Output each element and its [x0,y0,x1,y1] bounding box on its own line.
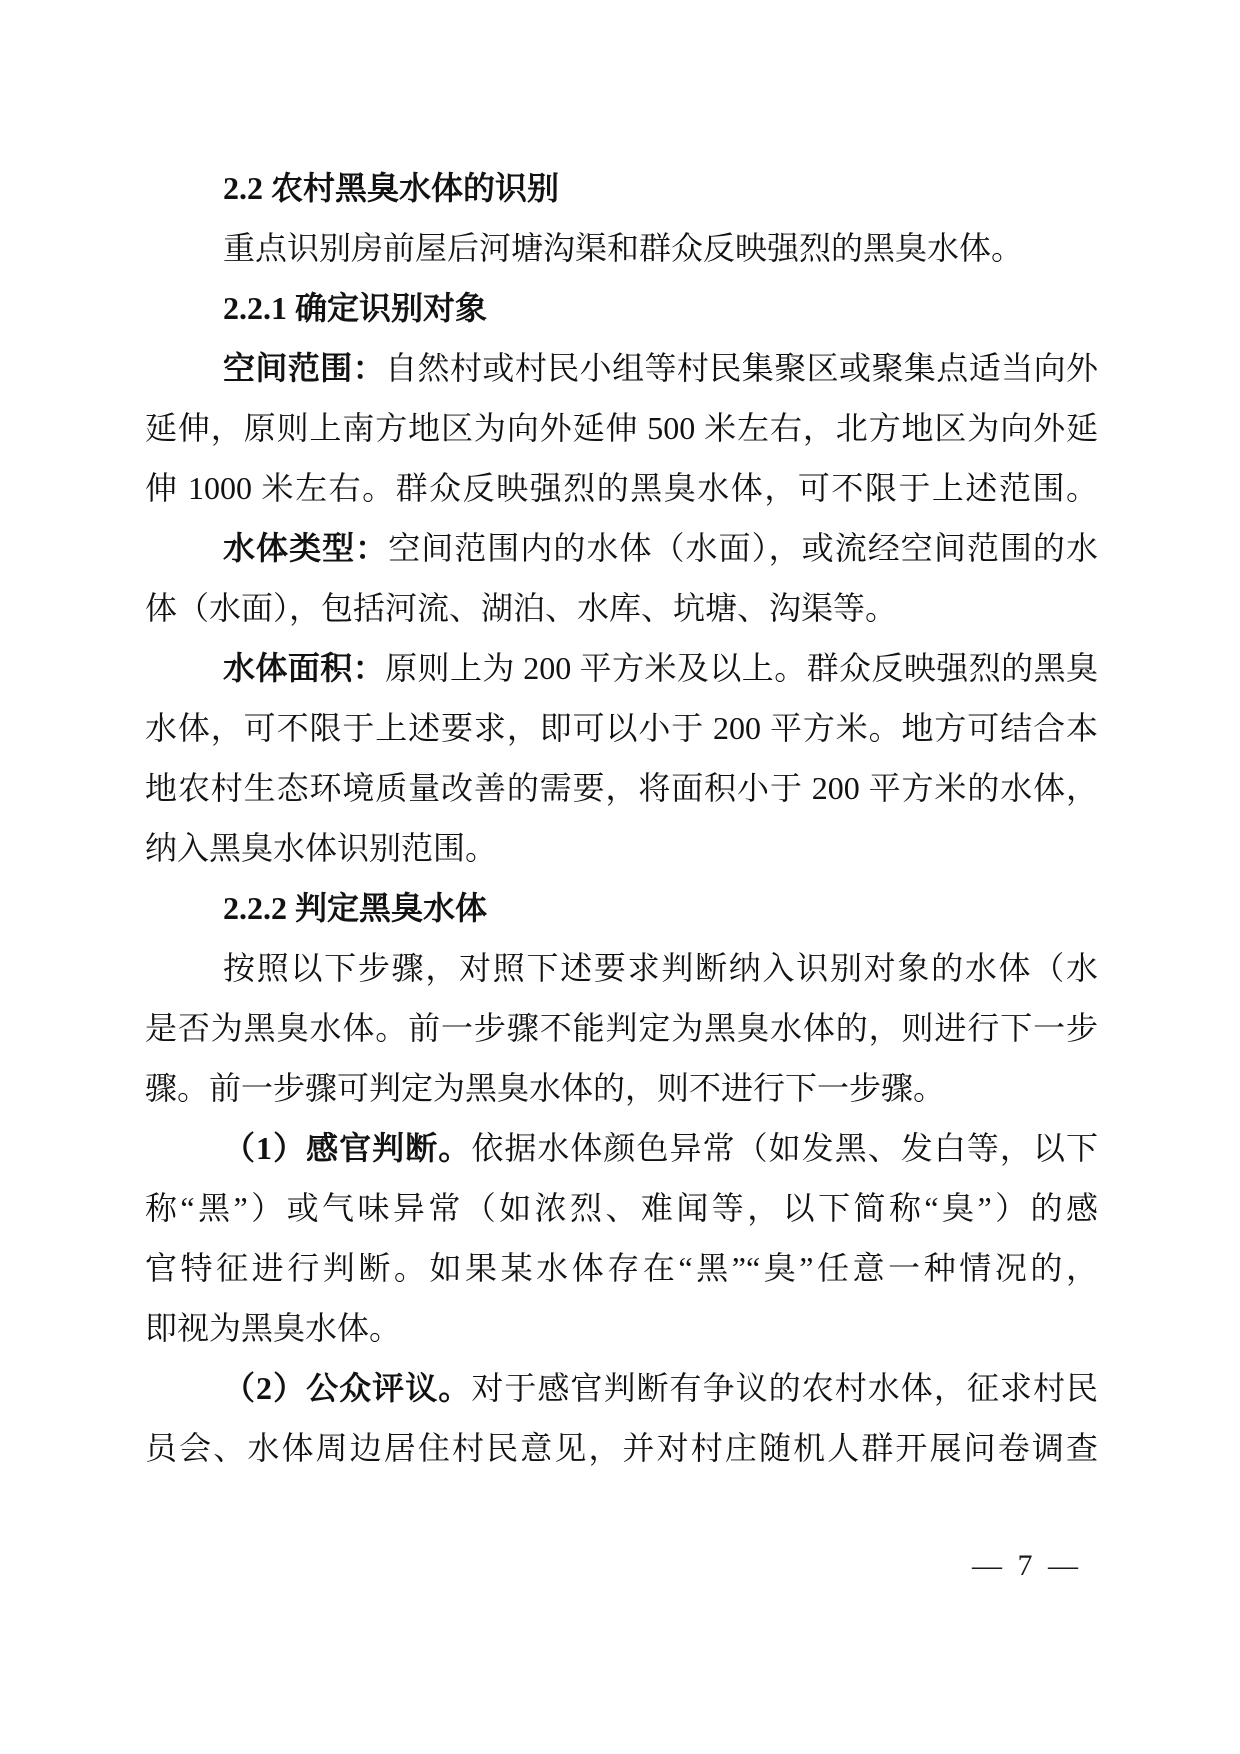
paragraph-line: 是否为黑臭水体。前一步骤不能判定为黑臭水体的，则进行下一步 [145,998,1098,1058]
paragraph-line: 纳入黑臭水体识别范围。 [145,818,1098,878]
line-lead-bold: 空间范围： [223,350,385,386]
paragraph-line: 地农村生态环境质量改善的需要，将面积小于 200 平方米的水体， [145,758,1098,818]
line-text: 伸 1000 米左右。群众反映强烈的黑臭水体，可不限于上述范围。 [145,470,1098,506]
line-text: 延伸，原则上南方地区为向外延伸 500 米左右，北方地区为向外延 [145,410,1098,446]
paragraph-line: 水体，可不限于上述要求，即可以小于 200 平方米。地方可结合本 [145,698,1098,758]
paragraph-line: （1）感官判断。依据水体颜色异常（如发黑、发白等，以下简 [145,1118,1098,1178]
paragraph-line: 延伸，原则上南方地区为向外延伸 500 米左右，北方地区为向外延 [145,398,1098,458]
section-heading-2-2-1: 2.2.1 确定识别对象 [145,278,1098,338]
line-text: 空间范围内的水体（水面），或流经空间范围的水 [388,530,1098,566]
paragraph-line: （2）公众评议。对于感官判断有争议的农村水体，征求村民委 [145,1358,1098,1418]
line-text: 是否为黑臭水体。前一步骤不能判定为黑臭水体的，则进行下一步 [145,1010,1098,1046]
section-heading-2-2: 2.2 农村黑臭水体的识别 [145,158,1098,218]
heading-text: 2.2.1 确定识别对象 [223,290,487,326]
line-text: 纳入黑臭水体识别范围。 [145,830,497,866]
paragraph-line: 体（水面），包括河流、湖泊、水库、坑塘、沟渠等。 [145,578,1098,638]
page-number: — 7 — [952,1549,1102,1583]
line-lead-bold: 水体面积： [223,650,385,686]
line-lead-bold: （1）感官判断。 [223,1130,471,1166]
line-text: 骤。前一步骤可判定为黑臭水体的，则不进行下一步骤。 [145,1070,945,1106]
line-text: 称“黑”）或气味异常（如浓烈、难闻等，以下简称“臭”）的感 [145,1190,1098,1226]
line-text: 地农村生态环境质量改善的需要，将面积小于 200 平方米的水体， [145,770,1098,806]
paragraph-line: 空间范围：自然村或村民小组等村民集聚区或聚集点适当向外 [145,338,1098,398]
line-text: 自然村或村民小组等村民集聚区或聚集点适当向外 [385,350,1098,386]
paragraph-line: 重点识别房前屋后河塘沟渠和群众反映强烈的黑臭水体。 [145,218,1098,278]
paragraph-line: 官特征进行判断。如果某水体存在“黑”“臭”任意一种情况的， [145,1238,1098,1298]
line-text: 按照以下步骤，对照下述要求判断纳入识别对象的水体（水面） [223,950,1098,998]
line-text: 体（水面），包括河流、湖泊、水库、坑塘、沟渠等。 [145,590,897,626]
paragraph-line: 员会、水体周边居住村民意见，并对村庄随机人群开展问卷调查（附 [145,1418,1098,1478]
line-text: 即视为黑臭水体。 [145,1310,401,1346]
paragraph-line: 即视为黑臭水体。 [145,1298,1098,1358]
paragraph-line: 水体面积：原则上为 200 平方米及以上。群众反映强烈的黑臭 [145,638,1098,698]
section-heading-2-2-2: 2.2.2 判定黑臭水体 [145,878,1098,938]
line-text: 原则上为 200 平方米及以上。群众反映强烈的黑臭 [385,650,1098,686]
heading-text: 2.2.2 判定黑臭水体 [223,890,487,926]
line-text: 水体，可不限于上述要求，即可以小于 200 平方米。地方可结合本 [145,710,1098,746]
line-lead-bold: （2）公众评议。 [223,1370,471,1406]
paragraph-line: 按照以下步骤，对照下述要求判断纳入识别对象的水体（水面） [145,938,1098,998]
line-text: 员会、水体周边居住村民意见，并对村庄随机人群开展问卷调查（附 [145,1430,1098,1478]
line-lead-bold: 水体类型： [223,530,388,566]
heading-text: 2.2 农村黑臭水体的识别 [223,170,559,206]
paragraph-line: 称“黑”）或气味异常（如浓烈、难闻等，以下简称“臭”）的感 [145,1178,1098,1238]
paragraph-line: 骤。前一步骤可判定为黑臭水体的，则不进行下一步骤。 [145,1058,1098,1118]
paragraph-line: 伸 1000 米左右。群众反映强烈的黑臭水体，可不限于上述范围。 [145,458,1098,518]
document-page-body: 2.2 农村黑臭水体的识别 重点识别房前屋后河塘沟渠和群众反映强烈的黑臭水体。 … [145,158,1098,1478]
paragraph-line: 水体类型：空间范围内的水体（水面），或流经空间范围的水 [145,518,1098,578]
line-text: 重点识别房前屋后河塘沟渠和群众反映强烈的黑臭水体。 [223,230,1023,266]
line-text: 官特征进行判断。如果某水体存在“黑”“臭”任意一种情况的， [145,1250,1098,1286]
